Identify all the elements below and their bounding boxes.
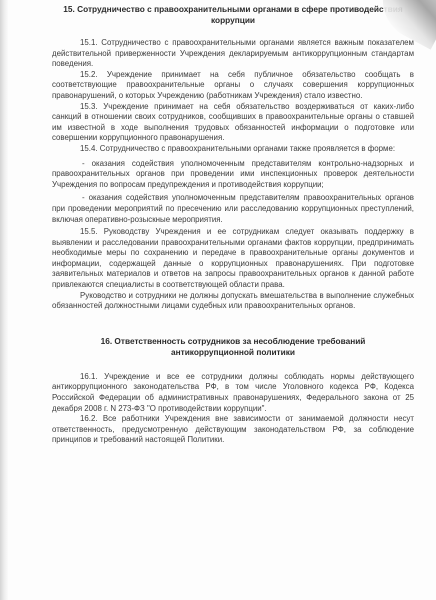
paragraph-16-2: 16.2. Все работники Учреждения вне завис… (52, 414, 414, 446)
paragraph-15-4: 15.4. Сотрудничество с правоохранительны… (52, 144, 414, 155)
document-body: 15. Сотрудничество с правоохранительными… (52, 0, 414, 446)
paragraph-15-2: 15.2. Учреждение принимает на себя публи… (52, 70, 414, 102)
paragraph-15-5: 15.5. Руководству Учреждения и ее сотруд… (52, 227, 414, 291)
scan-edge-shadow (0, 0, 8, 600)
paragraph-16-1: 16.1. Учреждение и все ее сотрудники дол… (52, 372, 414, 414)
section-16-heading: 16. Ответственность сотрудников за несоб… (52, 336, 414, 358)
section-16-title-line2: антикоррупционной политики (52, 347, 414, 358)
paragraph-15-3: 15.3. Учреждение принимает на себя обяза… (52, 102, 414, 144)
section-15-heading: 15. Сотрудничество с правоохранительными… (52, 4, 414, 26)
bullet-inspection-assistance: - оказания содействия уполномоченным пре… (52, 159, 414, 191)
paragraph-15-1: 15.1. Сотрудничество с правоохранительны… (52, 38, 414, 70)
bullet-investigation-assistance: - оказания содействия уполномоченным пре… (52, 193, 414, 225)
section-15-title-line2: коррупции (52, 15, 414, 26)
section-15-title-line1: 15. Сотрудничество с правоохранительными… (52, 4, 414, 15)
scanned-page: 15. Сотрудничество с правоохранительными… (0, 0, 436, 600)
section-16-title-line1: 16. Ответственность сотрудников за несоб… (52, 336, 414, 347)
paragraph-15-6: Руководство и сотрудники не должны допус… (52, 291, 414, 312)
